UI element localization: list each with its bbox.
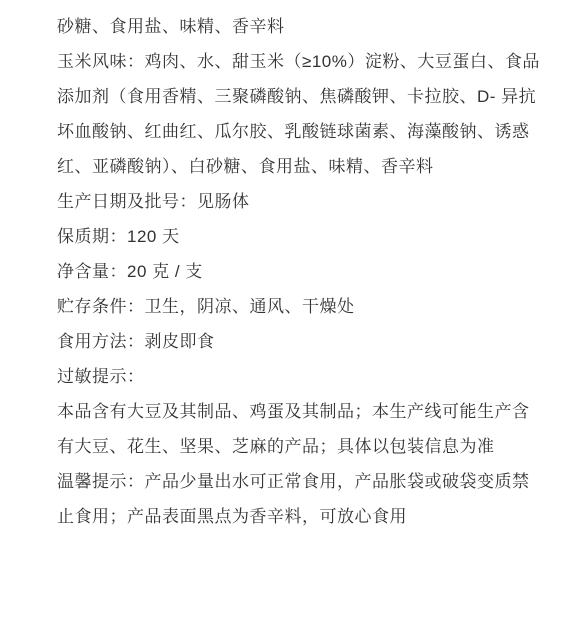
text-line: 保质期：120 天 <box>57 219 540 254</box>
text-line: 净含量：20 克 / 支 <box>57 254 540 289</box>
text-line: 添加剂（食用香精、三聚磷酸钠、焦磷酸钾、卡拉胶、D- 异抗 <box>57 79 540 114</box>
text-line: 过敏提示： <box>57 359 540 394</box>
text-line: 食用方法：剥皮即食 <box>57 324 540 359</box>
product-info-text-block: 砂糖、食用盐、味精、香辛料 玉米风味：鸡肉、水、甜玉米（≥10%）淀粉、大豆蛋白… <box>0 0 580 619</box>
text-line: 温馨提示：产品少量出水可正常食用，产品胀袋或破袋变质禁 <box>57 464 540 499</box>
text-line: 红、亚磷酸钠）、白砂糖、食用盐、味精、香辛料 <box>57 149 540 184</box>
text-line: 生产日期及批号：见肠体 <box>57 184 540 219</box>
text-line: 有大豆、花生、坚果、芝麻的产品；具体以包装信息为准 <box>57 429 540 464</box>
text-line: 砂糖、食用盐、味精、香辛料 <box>57 9 540 44</box>
text-line: 玉米风味：鸡肉、水、甜玉米（≥10%）淀粉、大豆蛋白、食品 <box>57 44 540 79</box>
text-line: 贮存条件：卫生，阴凉、通风、干燥处 <box>57 289 540 324</box>
text-line: 坏血酸钠、红曲红、瓜尔胶、乳酸链球菌素、海藻酸钠、诱惑 <box>57 114 540 149</box>
text-line: 本品含有大豆及其制品、鸡蛋及其制品；本生产线可能生产含 <box>57 394 540 429</box>
text-line: 止食用；产品表面黑点为香辛料，可放心食用 <box>57 499 540 534</box>
